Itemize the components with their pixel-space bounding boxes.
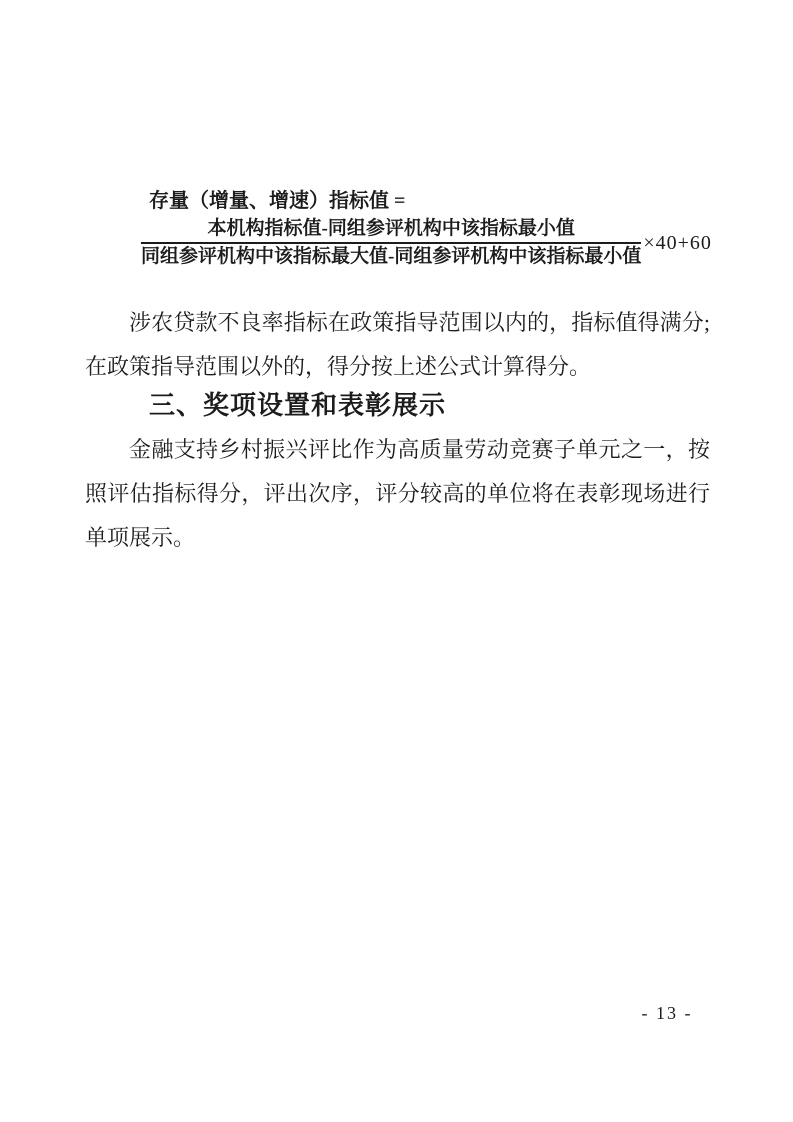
section-heading-awards: 三、奖项设置和表彰展示: [149, 390, 446, 420]
paragraph-award-display: 金融支持乡村振兴评比作为高质量劳动竞赛子单元之一，按照评估指标得分，评出次序，评…: [85, 428, 710, 560]
formula-fraction-row: 本机构指标值-同组参评机构中该指标最小值 同组参评机构中该指标最大值-同组参评机…: [141, 217, 712, 269]
page-number: - 13 -: [636, 1002, 698, 1024]
fraction: 本机构指标值-同组参评机构中该指标最小值 同组参评机构中该指标最大值-同组参评机…: [141, 217, 641, 269]
paragraph-policy-range: 涉农贷款不良率指标在政策指导范围以内的，指标值得满分;在政策指导范围以外的，得分…: [85, 301, 710, 389]
document-page: 存量（增量、增速）指标值 = 本机构指标值-同组参评机构中该指标最小值 同组参评…: [0, 0, 793, 1122]
formula-intro: 存量（增量、增速）指标值 =: [149, 188, 405, 214]
fraction-denominator: 同组参评机构中该指标最大值-同组参评机构中该指标最小值: [141, 244, 641, 269]
fraction-numerator: 本机构指标值-同组参评机构中该指标最小值: [141, 217, 641, 244]
formula-multiplier: ×40+60: [643, 232, 712, 255]
